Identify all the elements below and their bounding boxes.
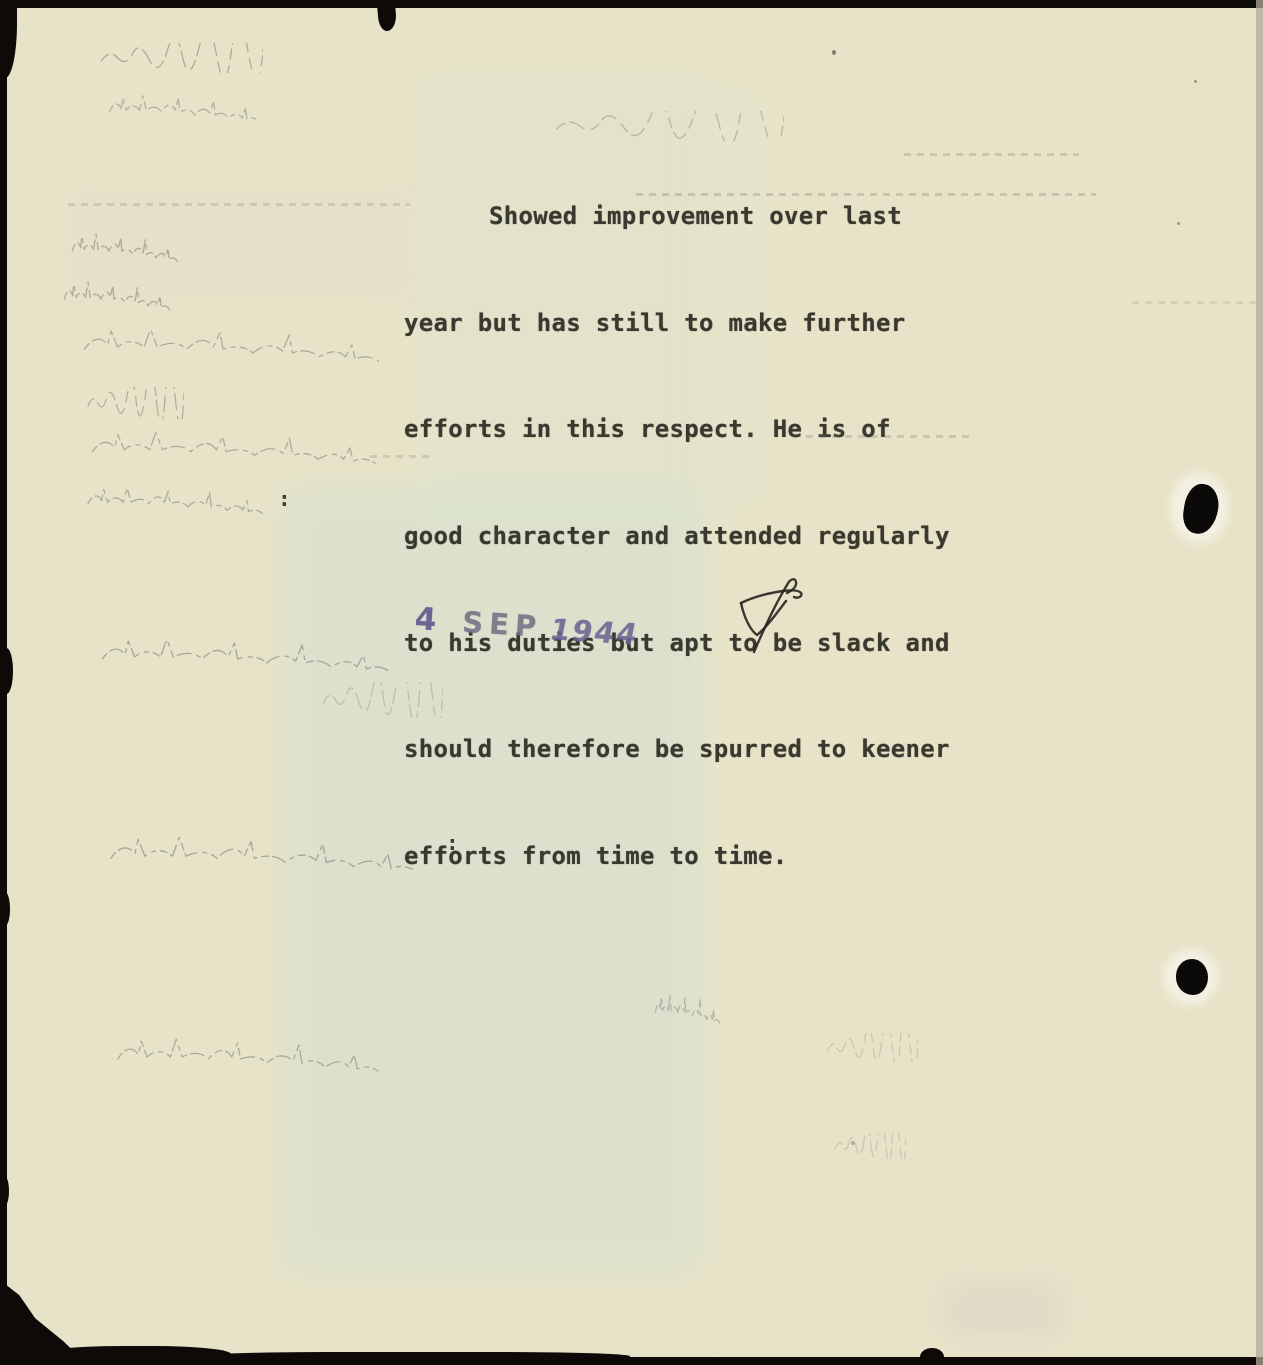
scan-edge-bottom-mark: [920, 1348, 944, 1365]
ink-speck: [851, 1141, 855, 1145]
pencil-handwriting: [62, 277, 180, 311]
signature-mark: [721, 567, 816, 662]
pencil-handwriting: [78, 323, 408, 363]
stamp-month: SEP: [461, 605, 543, 644]
pencil-streak: [806, 435, 974, 438]
pencil-handwriting: [654, 989, 726, 1025]
pencil-handwriting: [826, 1033, 918, 1063]
pencil-handwriting: [104, 831, 446, 873]
pencil-streak: [68, 203, 410, 206]
pencil-handwriting: [70, 229, 188, 263]
scan-edge-left-bump: [0, 1176, 9, 1206]
pencil-handwriting: [112, 1033, 404, 1073]
pencil-handwriting: [86, 427, 404, 465]
typed-line: should therefore be spurred to keener: [404, 724, 1024, 775]
ink-speck: [1194, 80, 1197, 83]
scan-edge-left-bump: [0, 892, 10, 926]
ink-speck: [832, 50, 836, 55]
ink-blot: [1176, 959, 1208, 995]
typed-line: Showed improvement over last: [404, 191, 1024, 242]
pencil-handwriting: [552, 111, 784, 141]
pencil-handwriting: [834, 1133, 906, 1159]
pencil-colon: :: [446, 831, 459, 855]
pencil-streak: [1132, 301, 1263, 304]
pencil-streak: [636, 193, 1096, 196]
scan-edge-bottom-bump: [200, 1352, 630, 1365]
pencil-handwriting: [84, 483, 280, 515]
pencil-handwriting: [106, 91, 274, 123]
typed-line: efforts from time to time.: [404, 831, 1024, 882]
pencil-colon: :: [278, 487, 291, 511]
scan-edge-top: [0, 0, 1263, 8]
pencil-handwriting: [98, 43, 263, 73]
scan-edge-right: [1256, 0, 1263, 1365]
pencil-streak: [370, 455, 430, 458]
paper-sheet: Showed improvement over last year but ha…: [6, 7, 1263, 1358]
scan-edge-left-bump: [0, 648, 13, 694]
ink-speck: [1177, 222, 1180, 225]
typed-line: year but has still to make further: [404, 298, 1024, 349]
stamp-year: 1944: [546, 612, 641, 651]
pencil-streak: [904, 153, 1079, 156]
scan-tint: [940, 1280, 1065, 1342]
pencil-handwriting: [321, 682, 443, 718]
pencil-handwriting: [86, 387, 184, 419]
pencil-handwriting: [96, 633, 418, 673]
typed-line: good character and attended regularly: [404, 511, 1024, 562]
typed-paragraph: Showed improvement over last year but ha…: [404, 135, 1024, 938]
typed-line: efforts in this respect. He is of: [404, 404, 1024, 455]
scanned-document: Showed improvement over last year but ha…: [0, 0, 1263, 1365]
